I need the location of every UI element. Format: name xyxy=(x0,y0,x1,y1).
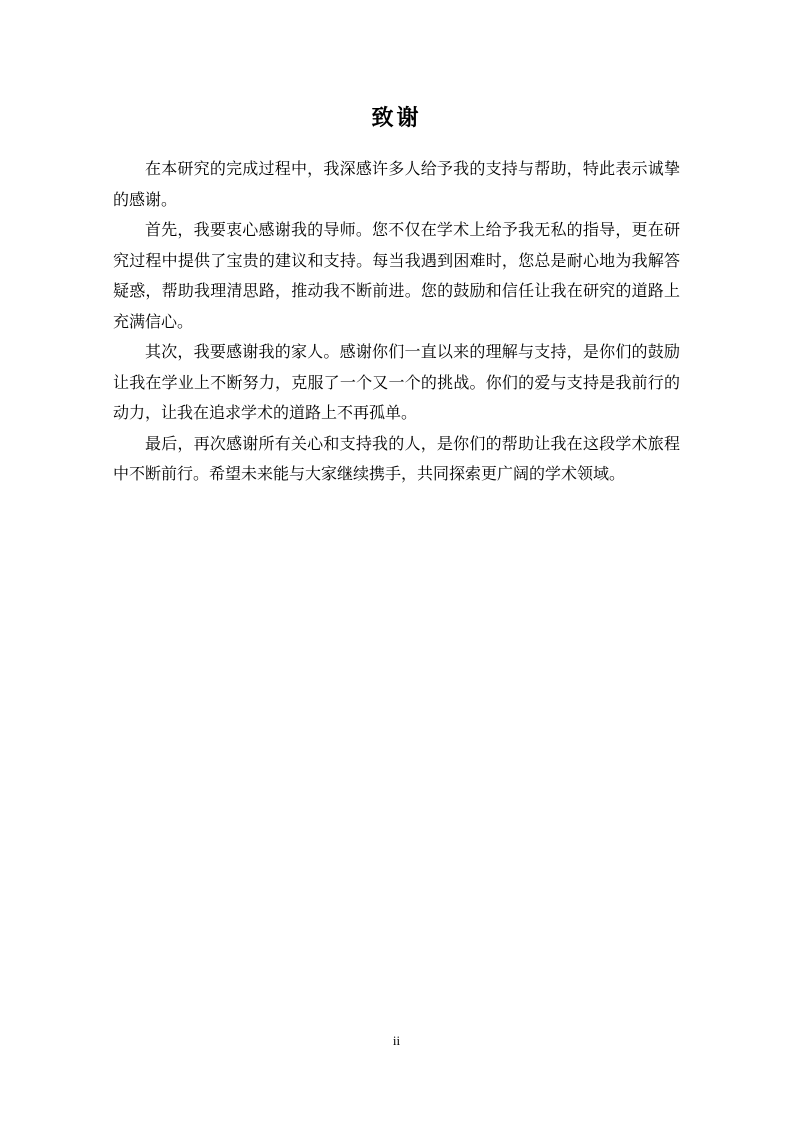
paragraph-advisor-thanks: 首先，我要衷心感谢我的导师。您不仅在学术上给予我无私的指导，更在研究过程中提供了… xyxy=(113,216,680,338)
document-page: 致谢 在本研究的完成过程中，我深感许多人给予我的支持与帮助，特此表示诚挚的感谢。… xyxy=(0,0,793,1122)
document-body: 在本研究的完成过程中，我深感许多人给予我的支持与帮助，特此表示诚挚的感谢。 首先… xyxy=(113,155,680,491)
page-number: ii xyxy=(0,1033,793,1048)
paragraph-family-thanks: 其次，我要感谢我的家人。感谢你们一直以来的理解与支持，是你们的鼓励让我在学业上不… xyxy=(113,338,680,430)
page-title: 致谢 xyxy=(0,103,793,133)
paragraph-intro: 在本研究的完成过程中，我深感许多人给予我的支持与帮助，特此表示诚挚的感谢。 xyxy=(113,155,680,216)
paragraph-closing-thanks: 最后，再次感谢所有关心和支持我的人，是你们的帮助让我在这段学术旅程中不断前行。希… xyxy=(113,430,680,491)
